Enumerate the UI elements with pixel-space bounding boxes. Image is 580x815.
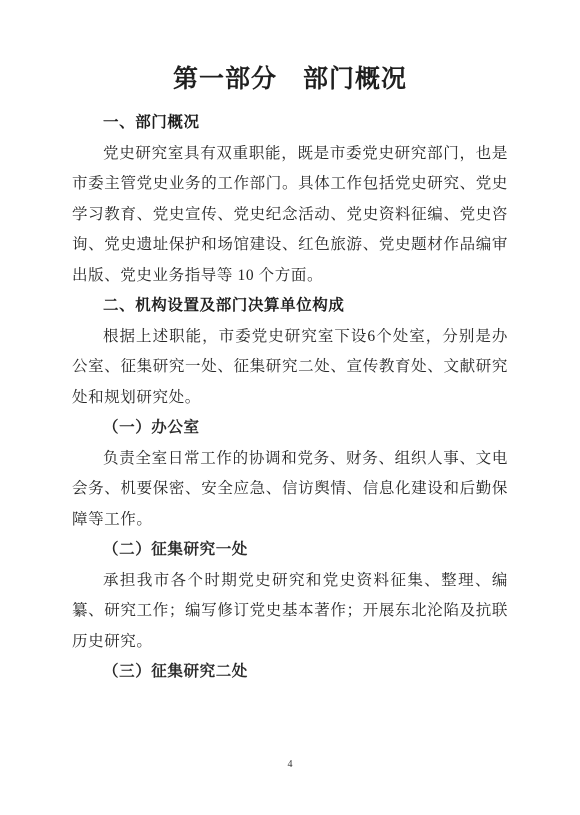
document-body: 一、部门概况 党史研究室具有双重职能，既是市委党史研究部门，也是市委主管党史业务… — [72, 108, 508, 688]
subsection-heading-office: （一）办公室 — [72, 413, 508, 444]
paragraph-office: 负责全室日常工作的协调和党务、财务、组织人事、文电会务、机要保密、安全应急、信访… — [72, 444, 508, 536]
paragraph-overview: 党史研究室具有双重职能，既是市委党史研究部门，也是市委主管党史业务的工作部门。具… — [72, 139, 508, 292]
subsection-heading-research-division-1: （二）征集研究一处 — [72, 535, 508, 566]
paragraph-research-division-1: 承担我市各个时期党史研究和党史资料征集、整理、编纂、研究工作；编写修订党史基本著… — [72, 566, 508, 658]
page-title: 第一部分 部门概况 — [0, 64, 580, 96]
document-page: 第一部分 部门概况 一、部门概况 党史研究室具有双重职能，既是市委党史研究部门，… — [0, 0, 580, 815]
page-number: 4 — [0, 759, 580, 770]
section-heading-overview: 一、部门概况 — [72, 108, 508, 139]
subsection-heading-research-division-2: （三）征集研究二处 — [72, 657, 508, 688]
paragraph-structure: 根据上述职能，市委党史研究室下设6个处室，分别是办公室、征集研究一处、征集研究二… — [72, 322, 508, 414]
section-heading-structure: 二、机构设置及部门决算单位构成 — [72, 291, 508, 322]
